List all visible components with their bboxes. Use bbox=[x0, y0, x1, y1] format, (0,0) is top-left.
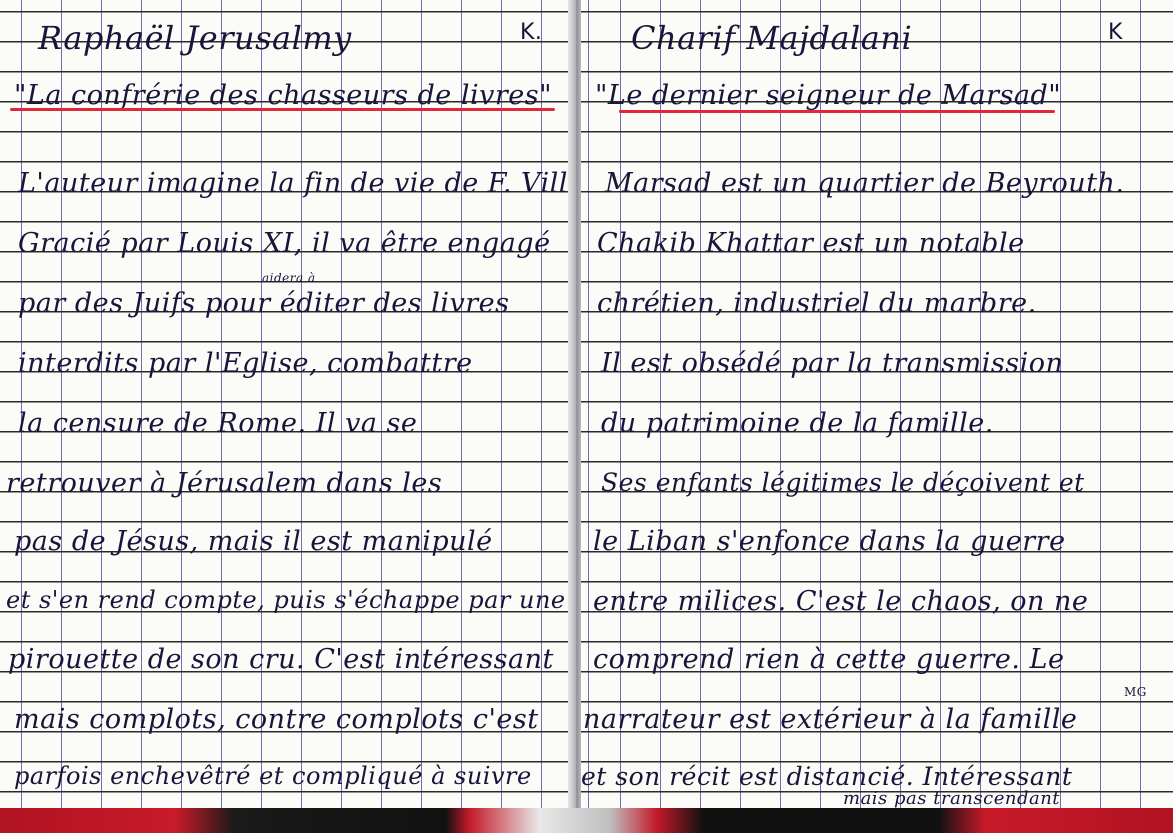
right-line-3: chrétien, industriel du marbre. bbox=[597, 290, 1037, 317]
right-book-title: "Le dernier seigneur de Marsad" bbox=[595, 82, 1061, 109]
left-line-7: pas de Jésus, mais il est manipulé bbox=[14, 528, 493, 555]
right-line-9: comprend rien à cette guerre. Le bbox=[593, 646, 1064, 673]
left-line-3: par des Juifs pour éditer des livres bbox=[18, 290, 509, 317]
right-line-1: Marsad est un quartier de Beyrouth. bbox=[605, 170, 1125, 197]
right-line-2: Chakib Khattar est un notable bbox=[597, 230, 1025, 257]
left-line-9: pirouette de son cru. C'est intéressant bbox=[8, 646, 554, 673]
left-book-title: "La confrérie des chasseurs de livres" bbox=[14, 82, 552, 109]
notebook-cover-edge bbox=[0, 808, 1173, 833]
left-line-2: Gracié par Louis XI, il va être engagé bbox=[18, 230, 551, 257]
right-author-name: Charif Majdalani bbox=[631, 22, 912, 54]
right-line-10: narrateur est extérieur à la famille bbox=[583, 706, 1077, 733]
right-line-8: entre milices. C'est le chaos, on ne bbox=[593, 588, 1088, 615]
left-title-underline bbox=[10, 108, 555, 111]
right-line-11: et son récit est distancié. Intéressant bbox=[581, 764, 1072, 789]
left-line-6: retrouver à Jérusalem dans les bbox=[6, 470, 442, 497]
left-line-11: parfois enchevêtré et compliqué à suivre bbox=[14, 764, 532, 788]
left-rating-mark: K. bbox=[520, 22, 542, 44]
right-title-underline bbox=[619, 110, 1055, 113]
right-line-7: le Liban s'enfonce dans la guerre bbox=[593, 528, 1066, 555]
right-line-6: Ses enfants légitimes le déçoivent et bbox=[601, 470, 1085, 495]
left-notebook-page: Raphaël Jerusalmy K. "La confrérie des c… bbox=[0, 0, 573, 808]
left-insertion-note: aidera à bbox=[262, 272, 316, 284]
right-line-4: Il est obsédé par la transmission bbox=[601, 350, 1063, 377]
right-line-12: mais pas transcendant bbox=[843, 790, 1060, 808]
left-line-5: la censure de Rome. Il va se bbox=[18, 410, 417, 437]
left-author-name: Raphaël Jerusalmy bbox=[38, 22, 352, 54]
right-rating-mark: K bbox=[1108, 22, 1123, 44]
right-margin-note: MG bbox=[1124, 686, 1147, 698]
left-line-10: mais complots, contre complots c'est bbox=[14, 706, 539, 733]
right-line-5: du patrimoine de la famille. bbox=[601, 410, 994, 437]
right-notebook-page: Charif Majdalani K "Le dernier seigneur … bbox=[581, 0, 1173, 808]
left-line-8: et s'en rend compte, puis s'échappe par … bbox=[6, 588, 566, 612]
left-line-4: interdits par l'Eglise, combattre bbox=[18, 350, 473, 377]
left-line-1: L'auteur imagine la fin de vie de F. Vil… bbox=[18, 170, 573, 197]
